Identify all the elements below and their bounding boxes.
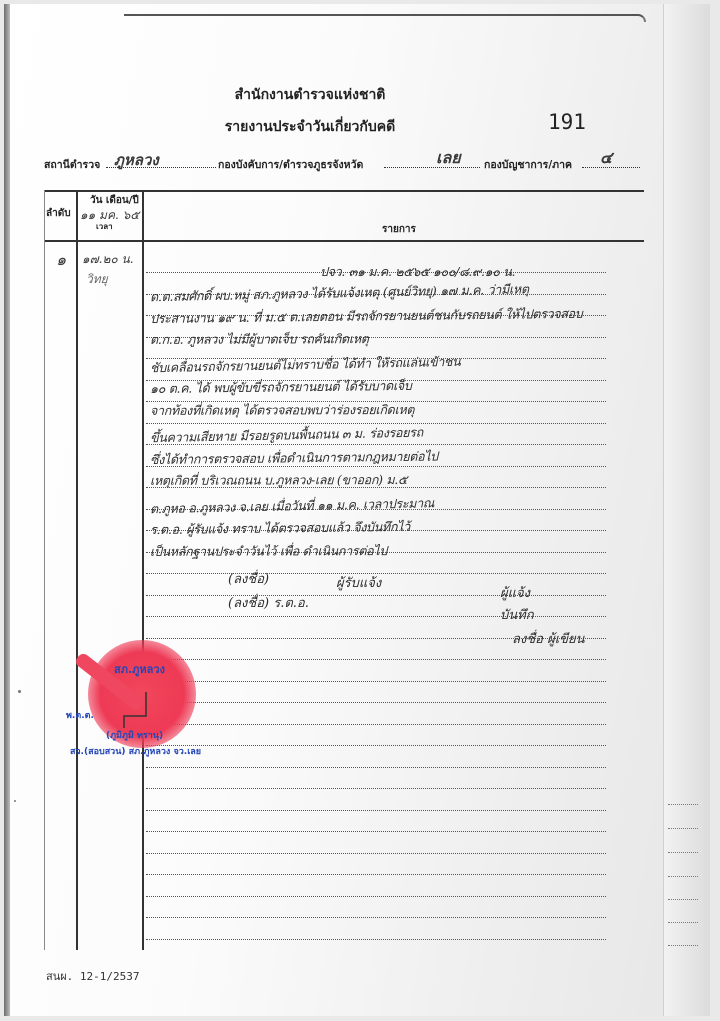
signature-right-3: ลงชื่อ ผู้เขียน [512,628,585,649]
entry-order: ๑ [56,248,66,273]
ruled-line [146,831,606,832]
station-value: ภูหลวง [114,148,159,172]
signature-center: ผู้รับแจ้ง [336,572,381,593]
ruled-line [146,896,606,897]
signature-left-2: (ลงชื่อ) ร.ต.อ. [228,592,309,613]
page-binding [4,4,10,1016]
table-top-border [44,190,644,192]
entry-time: ๑๗.๒๐ น. [82,250,134,269]
agency-title: สำนักงานตำรวจแห่งชาติ [0,84,650,106]
entry-line: เป็นหลักฐานประจำวันไว้ เพื่อ ดำเนินการต่… [150,540,650,562]
header-date-handwritten: ๑๑ มค. ๖๕ [80,206,139,225]
stamp-title: สภ.ภูหลวง [114,660,165,678]
ruled-line [146,745,606,746]
ruled-line [146,853,606,854]
form-code: สนผ. 12-1/2537 [46,967,140,985]
column-divider-order [76,190,78,950]
command-value: เลย [436,146,461,171]
ruled-line [146,616,606,617]
entry-line: จากท้องที่เกิดเหตุ ได้ตรวจสอบพบว่าร่องรอ… [150,399,650,421]
ruled-line [146,767,606,768]
entry-line: เหตุเกิดที่ บริเวณถนน บ.ภูหลวง-เลย (ขาออ… [150,469,650,491]
ruled-line [146,659,606,660]
speck [18,690,21,693]
ruled-line [146,810,606,811]
signature-right-2: บันทึก [500,604,534,625]
command-label: กองบังคับการ/ตำรวจภูธรจังหวัด [218,156,363,173]
ruled-line [146,681,606,682]
stamp-rank: พ.ต.ต. [66,708,94,722]
signature-right-1: ผู้แจ้ง [500,582,530,603]
entry-note: วิทยุ [86,270,108,289]
left-margin-line [44,190,45,950]
signature-left-1: (ลงชื่อ) [228,568,269,589]
stamp-signature-icon [118,690,168,730]
ruled-line [146,724,606,725]
ruled-line [146,939,606,940]
station-label: สถานีตำรวจ [44,156,100,173]
stamp-position: สว.(สอบสวน) สภ.ภูหลวง จว.เลย [70,744,201,758]
header-fields: สถานีตำรวจ ภูหลวง กองบังคับการ/ตำรวจภูธร… [44,150,644,174]
page-number: 191 [548,110,586,134]
speck [14,800,16,802]
column-header-order: ลำดับ [46,206,71,221]
column-header-details: รายการ [382,222,416,237]
stamp-name: (ภูมิภูมิ ทรานุ) [106,728,163,742]
underlying-page-edge [663,4,710,1016]
ruled-line [146,595,606,596]
ruled-line [146,917,606,918]
ruled-line [146,788,606,789]
entry-line: ต.ก.อ. ภูหลวง ไม่มีผู้บาดเจ็บ รถคันเกิดเ… [150,328,650,350]
page-top-edge [124,14,646,22]
division-label: กองบัญชาการ/ภาค [484,156,572,173]
ruled-line [146,702,606,703]
column-divider-date [142,190,144,950]
division-value: ๔ [600,146,612,171]
table-header-border [44,240,644,242]
ruled-line [146,874,606,875]
